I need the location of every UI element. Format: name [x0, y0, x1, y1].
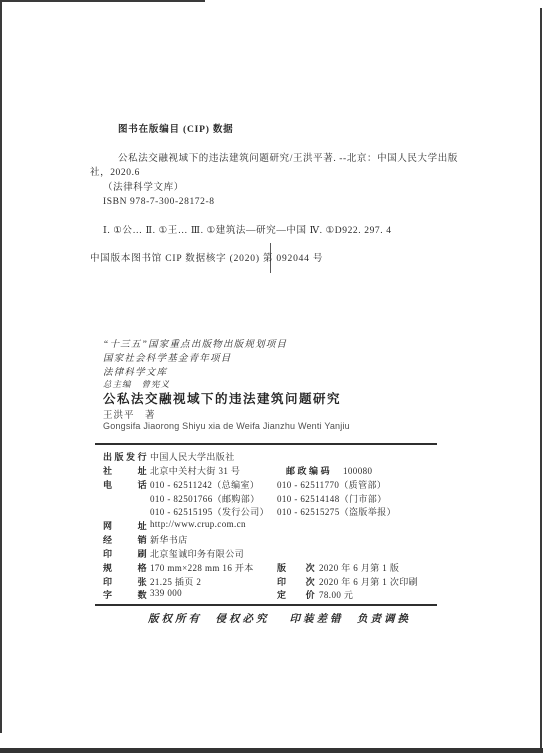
pub-row-wordcount: 字数339 000 定价78.00 元: [103, 588, 269, 602]
pub-value: 21.25 插页 2: [150, 577, 201, 587]
cip-heading: 图书在版编目 (CIP) 数据: [118, 121, 233, 135]
pub-row-phone-1: 电话010 - 62511242（总编室） 010 - 62511770（质管部…: [103, 478, 269, 492]
pub-value: 78.00 元: [319, 590, 353, 600]
publishing-info-block: 出版发行中国人民大学出版社 社址北京中关村大街 31 号 邮政编码100080 …: [103, 450, 269, 602]
cip-record-number: 中国版本图书馆 CIP 数据核字 (2020) 第 092044 号: [90, 250, 323, 264]
pub-label: 印刷: [103, 547, 147, 560]
pub-value: 中国人民大学出版社: [150, 452, 235, 462]
pub-label: 出版发行: [103, 450, 147, 463]
series-project-2: 国家社会科学基金青年项目: [103, 350, 231, 364]
isbn-line: ISBN 978-7-300-28172-8: [90, 195, 458, 209]
divider-rule-bottom: [95, 604, 437, 606]
series-name: 法律科学文库: [103, 364, 167, 378]
pub-label: 印次: [277, 575, 315, 588]
pub-value: 新华书店: [150, 535, 188, 545]
scan-edge-left: [0, 0, 2, 733]
pub-value: 010 - 62515195（发行公司）: [150, 507, 269, 517]
copyright-statement-right: 印装差错 负责调换: [290, 614, 412, 625]
cip-entry-line: 公私法交融视域下的违法建筑问题研究/王洪平著. --北京：中国人民大学出版: [90, 152, 458, 166]
pub-value: 2020 年 6 月第 1 版: [319, 563, 399, 573]
pub-row-phone-3: 010 - 62515195（发行公司） 010 - 62515275（盗版举报…: [103, 505, 269, 519]
pub-value: 170 mm×228 mm 16 开本: [150, 563, 254, 573]
pub-label: 印张: [103, 575, 147, 588]
pub-right-col: 定价78.00 元: [277, 588, 353, 601]
pub-row-website: 网址http://www.crup.com.cn: [103, 519, 269, 533]
pub-right-col: 010 - 62515275（盗版举报）: [277, 505, 396, 518]
pub-label: 版次: [277, 561, 315, 574]
divider-rule-top: [95, 443, 437, 445]
copyright-statement-left: 版权所有 侵权必究: [148, 614, 270, 625]
pub-label: 邮政编码: [286, 464, 330, 477]
pub-value: 010 - 62511242（总编室）: [150, 480, 259, 490]
pub-label: 社址: [103, 464, 147, 477]
pub-value: 2020 年 6 月第 1 次印刷: [319, 577, 418, 587]
pub-right-col: 邮政编码100080: [277, 464, 372, 477]
pub-row-phone-2: 010 - 82501766（邮购部） 010 - 62514148（门市部）: [103, 492, 269, 506]
pub-row-address: 社址北京中关村大街 31 号 邮政编码100080: [103, 464, 269, 478]
pub-row-printer: 印刷北京玺诚印务有限公司: [103, 547, 269, 561]
cip-entry-line: 社，2020.6: [90, 166, 458, 180]
book-title-pinyin: Gongsifa Jiaorong Shiyu xia de Weifa Jia…: [103, 421, 350, 431]
cip-classification: Ⅰ. ①公… Ⅱ. ①王… Ⅲ. ①建筑法—研究—中国 Ⅳ. ①D922. 29…: [103, 222, 392, 236]
cip-entry: 公私法交融视域下的违法建筑问题研究/王洪平著. --北京：中国人民大学出版 社，…: [90, 152, 458, 209]
scan-edge-right: [540, 8, 542, 753]
pub-row-distributor: 经销新华书店: [103, 533, 269, 547]
book-copyright-page: 图书在版编目 (CIP) 数据 公私法交融视域下的违法建筑问题研究/王洪平著. …: [0, 0, 543, 753]
pub-right-col: 010 - 62511770（质管部）: [277, 478, 386, 491]
scan-edge-bottom: [0, 748, 543, 753]
pub-label: 经销: [103, 533, 147, 546]
pub-right-col: 印次2020 年 6 月第 1 次印刷: [277, 575, 418, 588]
pub-value: 010 - 82501766（邮购部）: [150, 494, 260, 504]
pub-value: 010 - 62511770（质管部）: [277, 480, 386, 490]
pub-value: 北京中关村大街 31 号: [150, 466, 240, 476]
scan-edge-top: [0, 0, 205, 2]
copyright-statement: 版权所有 侵权必究印装差错 负责调换: [148, 611, 411, 626]
book-author: 王洪平 著: [103, 407, 156, 421]
series-project-1: “十三五”国家重点出版物出版规划项目: [103, 336, 287, 350]
pub-label: 电话: [103, 478, 147, 491]
pub-label: 规格: [103, 561, 147, 574]
pub-value: 010 - 62514148（门市部）: [277, 494, 387, 504]
pub-row-publisher: 出版发行中国人民大学出版社: [103, 450, 269, 464]
pub-row-format: 规格170 mm×228 mm 16 开本 版次2020 年 6 月第 1 版: [103, 561, 269, 575]
cip-series-note: （法律科学文库）: [90, 181, 458, 195]
chief-editor-label: 总主编: [103, 379, 132, 389]
pub-value: 339 000: [150, 588, 182, 598]
pub-right-col: 010 - 62514148（门市部）: [277, 492, 387, 505]
pub-value: 北京玺诚印务有限公司: [150, 549, 244, 559]
book-title: 公私法交融视域下的违法建筑问题研究: [103, 389, 341, 407]
pub-value: 100080: [343, 466, 372, 476]
pub-row-sheets: 印张21.25 插页 2 印次2020 年 6 月第 1 次印刷: [103, 575, 269, 589]
pub-right-col: 版次2020 年 6 月第 1 版: [277, 561, 399, 574]
pub-label: 网址: [103, 519, 147, 532]
pub-label: 字数: [103, 588, 147, 601]
pub-label: 定价: [277, 588, 315, 601]
pub-value: 010 - 62515275（盗版举报）: [277, 507, 396, 517]
chief-editor-name: 曾宪义: [142, 379, 171, 389]
pub-value-url: http://www.crup.com.cn: [150, 519, 246, 529]
